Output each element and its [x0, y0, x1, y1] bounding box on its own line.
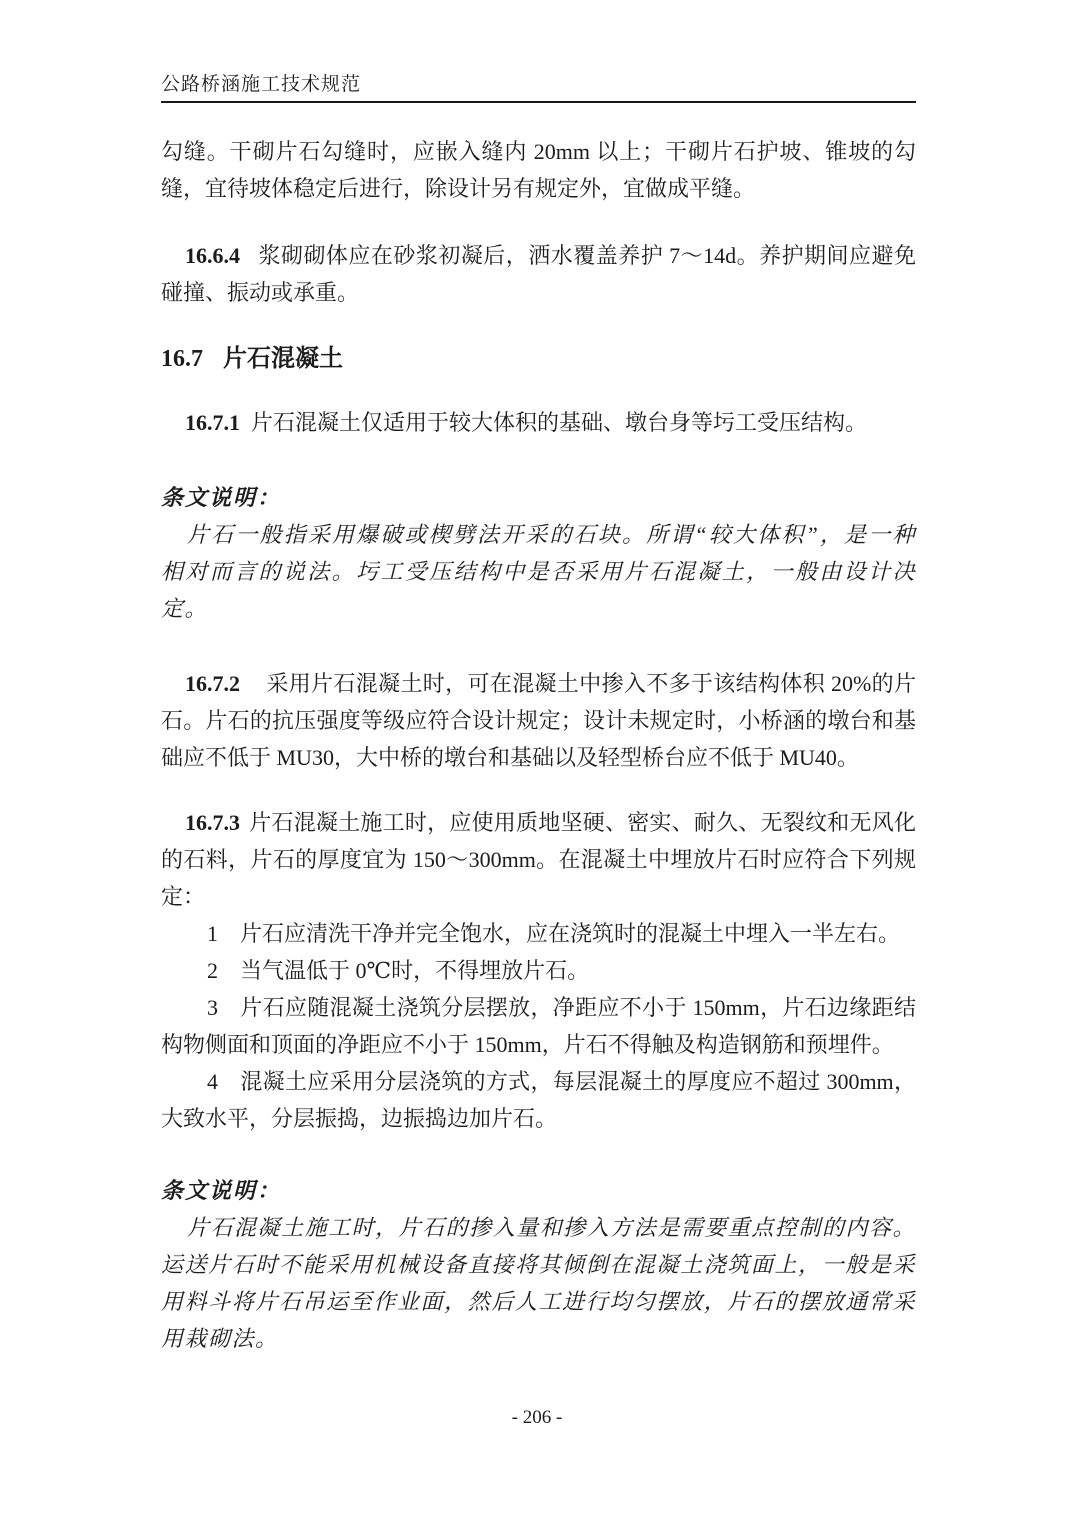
commentary-2-label: 条文说明： — [161, 1172, 916, 1209]
commentary-1-label: 条文说明： — [161, 479, 916, 516]
list-item-3: 3片石应随混凝土浇筑分层摆放，净距应不小于 150mm，片石边缘距结构物侧面和顶… — [161, 989, 916, 1063]
list-item-1: 1片石应清洗干净并完全饱水，应在浇筑时的混凝土中埋入一半左右。 — [161, 915, 916, 952]
list-item-4: 4混凝土应采用分层浇筑的方式，每层混凝土的厚度应不超过 300mm，大致水平，分… — [161, 1063, 916, 1137]
clause-16-7-2-text: 采用片石混凝土时，可在混凝土中掺入不多于该结构体积 20%的片石。片石的抗压强度… — [161, 671, 916, 770]
list-item-2-number: 2 — [207, 958, 218, 983]
document-page: 公路桥涵施工技术规范 勾缝。干砌片石勾缝时，应嵌入缝内 20mm 以上；干砌片石… — [0, 0, 1074, 1520]
page-content: 公路桥涵施工技术规范 勾缝。干砌片石勾缝时，应嵌入缝内 20mm 以上；干砌片石… — [0, 0, 1074, 1357]
clause-16-7-1-text: 片石混凝土仅适用于较大体积的基础、墩台身等圬工受压结构。 — [251, 410, 867, 435]
clause-16-6-4: 16.6.4浆砌砌体应在砂浆初凝后，洒水覆盖养护 7～14d。养护期间应避免碰撞… — [161, 237, 916, 311]
clause-16-6-4-text: 浆砌砌体应在砂浆初凝后，洒水覆盖养护 7～14d。养护期间应避免碰撞、振动或承重… — [161, 243, 916, 305]
list-item-1-text: 片石应清洗干净并完全饱水，应在浇筑时的混凝土中埋入一半左右。 — [240, 921, 900, 946]
clause-16-7-3-text: 片石混凝土施工时，应使用质地坚硬、密实、耐久、无裂纹和无风化的石料，片石的厚度宜… — [161, 810, 916, 909]
clause-16-7-1: 16.7.1片石混凝土仅适用于较大体积的基础、墩台身等圬工受压结构。 — [161, 404, 916, 441]
clause-16-7-2: 16.7.2采用片石混凝土时，可在混凝土中掺入不多于该结构体积 20%的片石。片… — [161, 665, 916, 776]
list-item-4-number: 4 — [207, 1069, 218, 1094]
running-header: 公路桥涵施工技术规范 — [161, 0, 916, 103]
commentary-block-2: 条文说明： 片石混凝土施工时，片石的掺入量和掺入方法是需要重点控制的内容。运送片… — [161, 1172, 916, 1357]
page-number: - 206 - — [0, 1406, 1074, 1430]
section-16-7-title: 片石混凝土 — [223, 346, 343, 372]
section-heading-16-7: 16.7片石混凝土 — [161, 344, 916, 374]
list-item-3-number: 3 — [207, 995, 218, 1020]
commentary-2-text: 片石混凝土施工时，片石的掺入量和掺入方法是需要重点控制的内容。运送片石时不能采用… — [161, 1209, 916, 1357]
list-item-4-text: 混凝土应采用分层浇筑的方式，每层混凝土的厚度应不超过 300mm，大致水平，分层… — [161, 1069, 916, 1131]
list-item-2-text: 当气温低于 0℃时，不得埋放片石。 — [240, 958, 589, 983]
commentary-1-text: 片石一般指采用爆破或楔劈法开采的石块。所谓“较大体积”，是一种相对而言的说法。圬… — [161, 516, 916, 627]
clause-16-7-2-number: 16.7.2 — [185, 671, 240, 696]
paragraph-continuation: 勾缝。干砌片石勾缝时，应嵌入缝内 20mm 以上；干砌片石护坡、锥坡的勾缝，宜待… — [161, 133, 916, 207]
clause-16-7-3-number: 16.7.3 — [185, 810, 240, 835]
section-16-7-number: 16.7 — [161, 346, 203, 372]
list-item-3-text: 片石应随混凝土浇筑分层摆放，净距应不小于 150mm，片石边缘距结构物侧面和顶面… — [161, 995, 916, 1057]
running-header-title: 公路桥涵施工技术规范 — [161, 74, 916, 96]
list-item-2: 2当气温低于 0℃时，不得埋放片石。 — [161, 952, 916, 989]
clause-16-6-4-number: 16.6.4 — [185, 243, 240, 268]
clause-16-7-1-number: 16.7.1 — [185, 410, 240, 435]
commentary-block-1: 条文说明： 片石一般指采用爆破或楔劈法开采的石块。所谓“较大体积”，是一种相对而… — [161, 479, 916, 627]
clause-16-7-3: 16.7.3片石混凝土施工时，应使用质地坚硬、密实、耐久、无裂纹和无风化的石料，… — [161, 804, 916, 915]
list-item-1-number: 1 — [207, 921, 218, 946]
page-footer: - 206 - — [0, 1406, 1074, 1430]
